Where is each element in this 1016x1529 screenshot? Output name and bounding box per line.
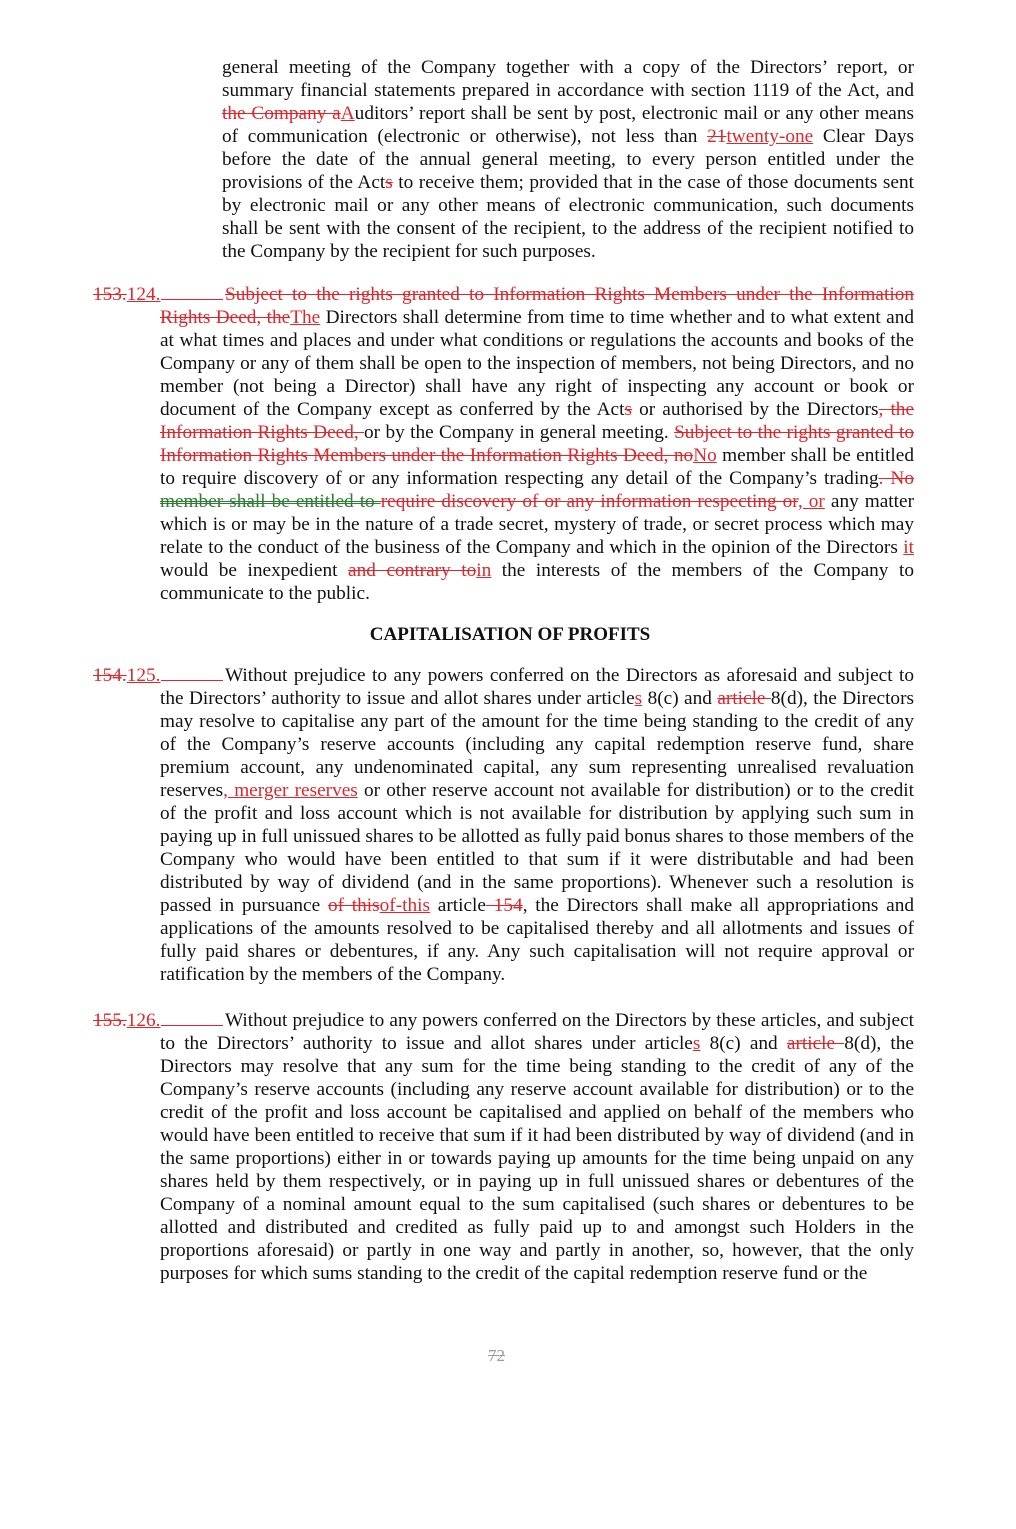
text-run: article	[430, 895, 486, 916]
text-run: general meeting of the Company together …	[222, 57, 914, 101]
inserted-text: of-this	[380, 895, 430, 916]
text-run: or by the Company in general meeting.	[364, 422, 674, 443]
tab-leader	[161, 298, 223, 300]
text-run: or authorised by the Directors	[632, 399, 879, 420]
article-number: 153.124.	[93, 283, 223, 306]
article-126: 155.126.Without prejudice to any powers …	[160, 1009, 914, 1285]
text-run: would be inexpedient	[160, 560, 348, 581]
section-heading: CAPITALISATION OF PROFITS	[160, 623, 860, 646]
article-126-body: Without prejudice to any powers conferre…	[160, 1010, 914, 1284]
old-article-number: 154.	[93, 665, 127, 686]
article-number: 155.126.	[93, 1009, 223, 1032]
new-article-number: 125.	[127, 665, 161, 686]
deleted-text: s	[624, 399, 632, 420]
old-article-number: 155.	[93, 1010, 127, 1031]
document-page: general meeting of the Company together …	[0, 0, 1016, 1529]
inserted-text: it	[903, 537, 914, 558]
article-125-body: Without prejudice to any powers conferre…	[160, 665, 914, 985]
page-number: 72	[488, 1344, 505, 1367]
article-124: 153.124.Subject to the rights granted to…	[160, 283, 914, 605]
deleted-text: and contrary to	[348, 560, 476, 581]
deleted-text: 21	[707, 126, 726, 147]
inserted-text: twenty-one	[726, 126, 813, 147]
inserted-text: A	[341, 103, 355, 124]
deleted-text: article	[787, 1033, 844, 1054]
deleted-text: article	[717, 688, 771, 709]
deleted-text: require discovery of or any information …	[381, 491, 798, 512]
continuation-paragraph: general meeting of the Company together …	[222, 56, 914, 263]
inserted-text: , merger reserves	[223, 780, 358, 801]
deleted-text: s	[385, 172, 393, 193]
new-article-number: 124.	[127, 284, 161, 305]
article-124-body: Subject to the rights granted to Informa…	[160, 284, 914, 604]
inserted-text: , or	[798, 491, 825, 512]
moved-deleted-text: member shall be entitled to	[160, 491, 381, 512]
tab-leader	[161, 1024, 223, 1026]
old-article-number: 153.	[93, 284, 127, 305]
deleted-text: 154	[486, 895, 523, 916]
article-number: 154.125.	[93, 664, 223, 687]
tab-leader	[161, 679, 223, 681]
deleted-text: the Company a	[222, 103, 341, 124]
inserted-text: in	[476, 560, 491, 581]
text-run: 8(d), the Directors may resolve that any…	[160, 1033, 914, 1284]
deleted-text: of this	[328, 895, 380, 916]
new-article-number: 126.	[127, 1010, 161, 1031]
text-run: 8(c) and	[700, 1033, 787, 1054]
inserted-text: No	[693, 445, 717, 466]
text-run: 8(c) and	[642, 688, 717, 709]
deleted-text: . No	[879, 468, 914, 489]
article-125: 154.125.Without prejudice to any powers …	[160, 664, 914, 986]
inserted-text: The	[290, 307, 320, 328]
